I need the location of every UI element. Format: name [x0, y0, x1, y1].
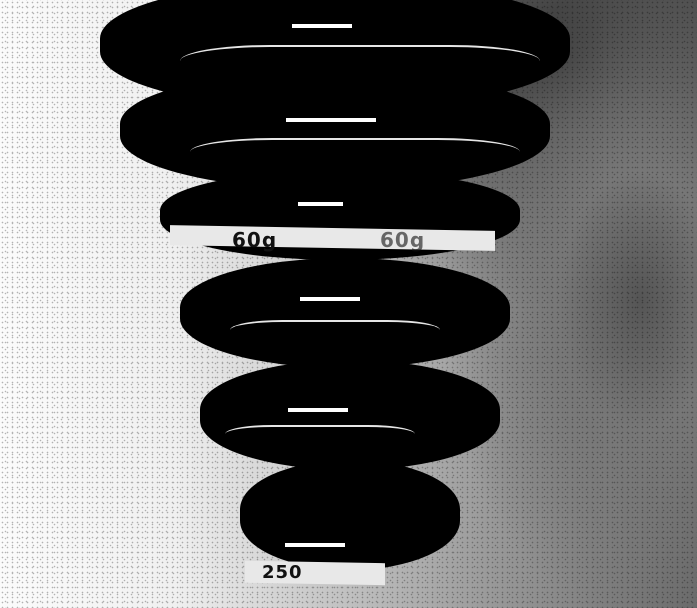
rim-highlight — [180, 45, 540, 77]
rim-highlight — [225, 425, 415, 443]
weight-stack: 60g 60g 250 — [0, 0, 697, 608]
weight-label-left: 60g — [232, 228, 277, 252]
rim-highlight — [190, 138, 520, 166]
weight-disc-4 — [180, 258, 510, 368]
disc-mark — [288, 408, 348, 412]
weight-disc-5 — [200, 360, 500, 470]
disc-mark — [298, 202, 343, 206]
top-mark — [286, 118, 376, 122]
weight-label-bottom: 250 — [262, 562, 303, 583]
top-mark — [292, 24, 352, 28]
rim-highlight — [230, 320, 440, 340]
weight-disc-6 — [240, 460, 460, 570]
disc-mark — [300, 297, 360, 301]
disc-mark — [285, 543, 345, 547]
weight-label-right: 60g — [380, 228, 425, 252]
